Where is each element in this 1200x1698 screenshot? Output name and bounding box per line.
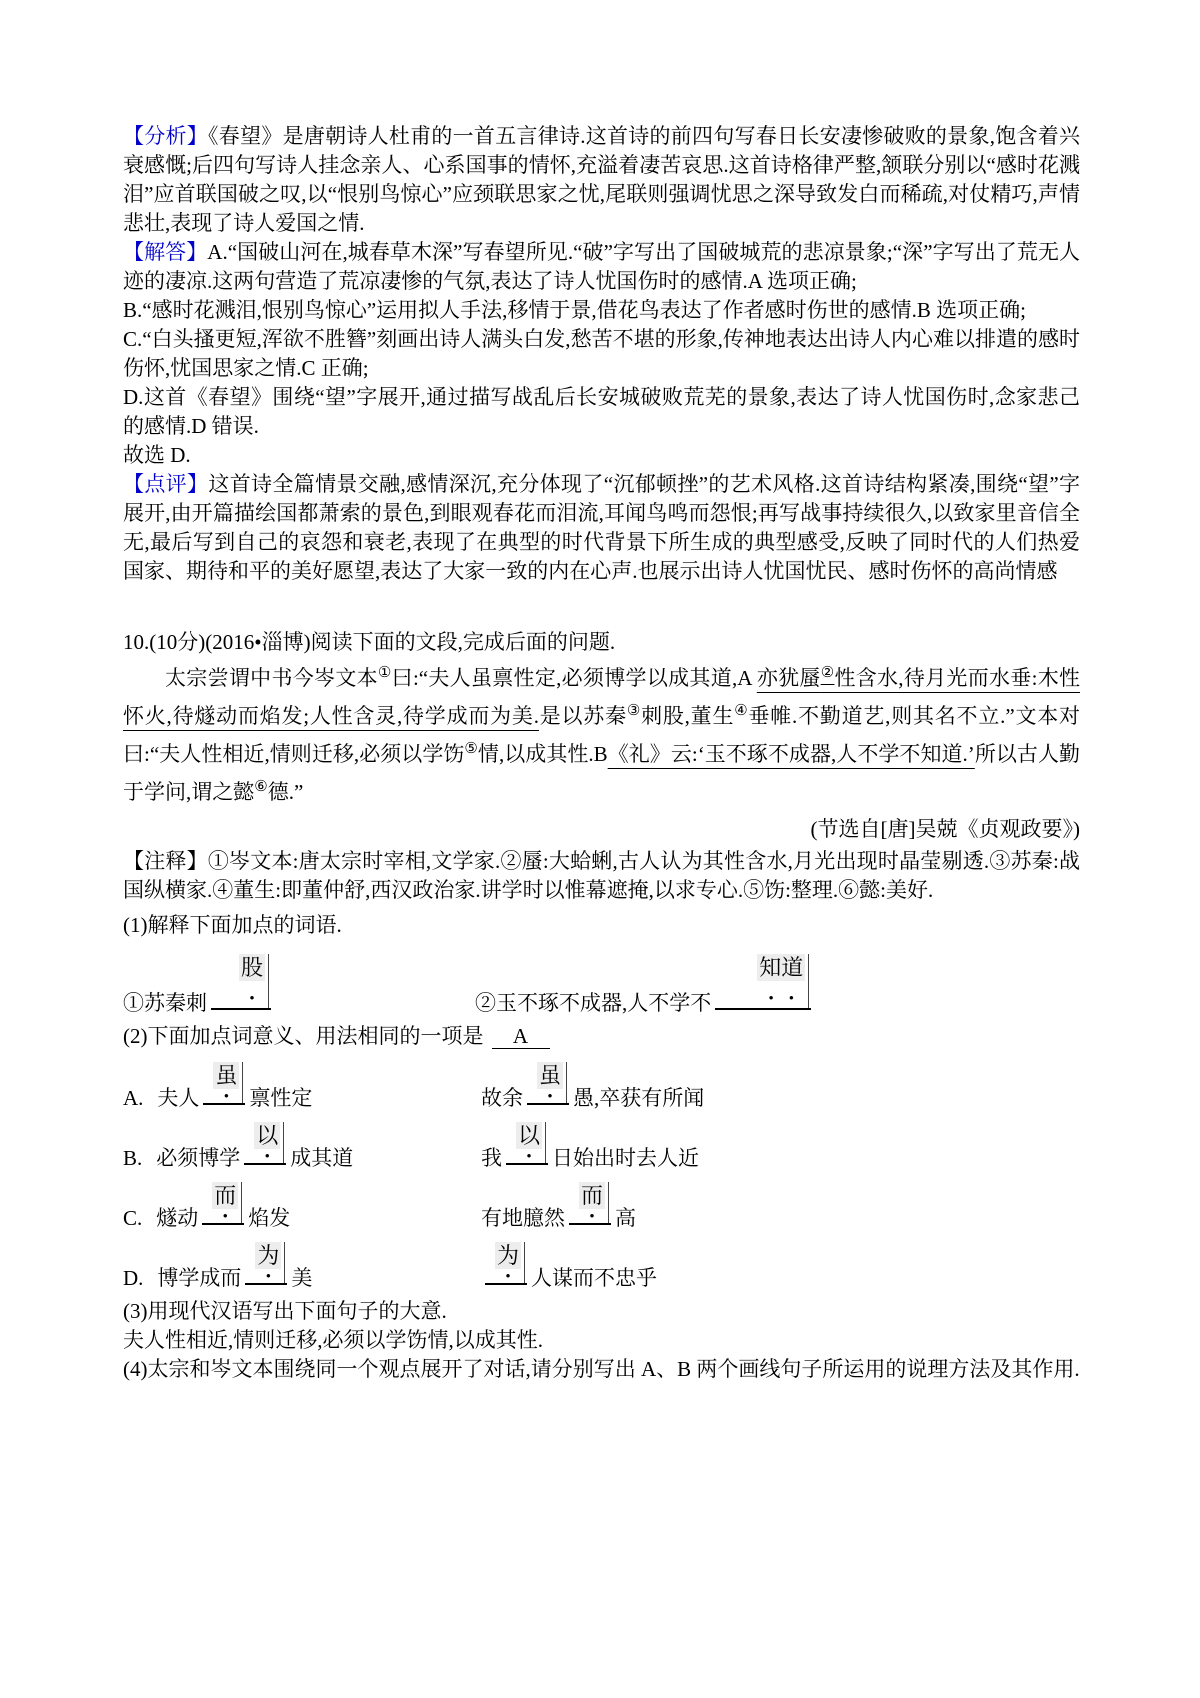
passage-seg8: 德.” xyxy=(268,780,304,804)
answer-paragraph-b: B.“感时花溅泪,恨别鸟惊心”运用拟人手法,移情于景,借花鸟表达了作者感时伤世的… xyxy=(123,296,1080,325)
answer-paragraph-a: 【解答】A.“国破山河在,城春草木深”写春望所见.“破”字写出了国破城荒的悲凉景… xyxy=(123,238,1080,296)
q1-item2: ②玉不琢不成器,人不学不知道• • xyxy=(475,990,815,1016)
analysis-text: 《春望》是唐朝诗人杜甫的一首五言律诗.这首诗的前四句写春日长安凄惨破败的景象,饱… xyxy=(123,124,1080,235)
option-c-right-pre: 有地臆然 xyxy=(481,1206,565,1230)
passage-seg6: 情,以成其性.B xyxy=(478,742,608,766)
question10-header-text: 10.(10分)(2016•淄博)阅读下面的文段,完成后面的问题. xyxy=(123,630,615,654)
option-d-right: 为•人谋而不忠乎 xyxy=(481,1265,657,1291)
q3-sentence: 夫人性相近,情则迁移,必须以学饬情,以成其性. xyxy=(123,1326,1080,1355)
analysis-paragraph: 【分析】《春望》是唐朝诗人杜甫的一首五言律诗.这首诗的前四句写春日长安凄惨破败的… xyxy=(123,122,1080,238)
option-c-right: 有地臆然而•高 xyxy=(481,1205,636,1231)
option-c-label: C. xyxy=(123,1206,142,1230)
q1-items-row: ①苏秦刺股• ②玉不琢不成器,人不学不知道• • xyxy=(123,940,1080,1016)
q3-prompt-text: (3)用现代汉语写出下面句子的大意. xyxy=(123,1299,447,1323)
answer-text-d: D.这首《春望》围绕“望”字展开,通过描写战乱后长安城破败荒芜的景象,表达了诗人… xyxy=(123,385,1080,438)
comment-text: 这首诗全篇情景交融,感情深沉,充分体现了“沉郁顿挫”的艺术风格.这首诗结构紧凑,… xyxy=(123,472,1080,583)
option-d-label: D. xyxy=(123,1266,143,1290)
q1-item1-blank: 股• xyxy=(211,1007,271,1010)
dotted-word-blank: 而• xyxy=(202,1222,244,1225)
underline-a-seg1: 亦犹蜃 xyxy=(757,666,821,690)
q2-option-row-b: B.必须博学以•成其道 我以•日始出时去人近 xyxy=(123,1111,1080,1171)
q1-item2-text: ②玉不琢不成器,人不学不 xyxy=(475,991,711,1015)
q2-answer-blank: A xyxy=(492,1024,550,1049)
option-b-right-post: 日始出时去人近 xyxy=(552,1146,699,1170)
answer-text-b: B.“感时花溅泪,恨别鸟惊心”运用拟人手法,移情于景,借花鸟表达了作者感时伤世的… xyxy=(123,298,1026,322)
option-b-label: B. xyxy=(123,1146,142,1170)
raised-char-box: 虽• xyxy=(534,1062,567,1103)
notes-text: ①岑文本:唐太宗时宰相,文学家.②蜃:大蛤蜊,古人认为其性含水,月光出现时晶莹剔… xyxy=(123,849,1080,902)
answer-text-a: A.“国破山河在,城春草木深”写春望所见.“破”字写出了国破城荒的悲凉景象;“深… xyxy=(123,240,1080,293)
dotted-char: 知道 xyxy=(757,954,805,981)
emphasis-dot: • xyxy=(224,1091,229,1103)
conclusion-text: 故选 D. xyxy=(123,443,191,467)
notes-label: 【注释】 xyxy=(123,849,208,873)
dotted-char: 虽 xyxy=(213,1062,239,1089)
note-ref-2: ② xyxy=(821,665,835,681)
q2-option-row-c: C.燧动而•焰发 有地臆然而•高 xyxy=(123,1171,1080,1231)
emphasis-dot: • xyxy=(526,1151,531,1163)
comment-paragraph: 【点评】这首诗全篇情景交融,感情深沉,充分体现了“沉郁顿挫”的艺术风格.这首诗结… xyxy=(123,470,1080,586)
raised-char-box: 股• xyxy=(236,954,269,1008)
q2-option-row-d: D.博学成而为•美 为•人谋而不忠乎 xyxy=(123,1231,1080,1291)
note-ref-1: ① xyxy=(378,665,392,681)
option-c-right-post: 高 xyxy=(615,1206,636,1230)
comment-label: 【点评】 xyxy=(123,472,208,496)
q1-item2-blank: 知道• • xyxy=(715,1007,811,1010)
dotted-word-blank: 而• xyxy=(569,1222,611,1225)
option-c-left: C.燧动而•焰发 xyxy=(123,1205,481,1231)
q1-prompt-text: (1)解释下面加点的词语. xyxy=(123,913,342,937)
dotted-char: 股 xyxy=(239,954,265,981)
dotted-word-blank: 虽• xyxy=(203,1102,245,1105)
answer-text-c: C.“白头搔更短,浑欲不胜簪”刻画出诗人满头白发,愁苦不堪的形象,传神地表达出诗… xyxy=(123,327,1080,380)
raised-char-box: 以• xyxy=(513,1122,546,1163)
q1-prompt: (1)解释下面加点的词语. xyxy=(123,911,1080,940)
raised-char-box: 为• xyxy=(252,1242,285,1283)
option-a-right-pre: 故余 xyxy=(481,1086,523,1110)
q1-item1-text: ①苏秦刺 xyxy=(123,991,207,1015)
option-d-left: D.博学成而为•美 xyxy=(123,1265,481,1291)
option-a-label: A. xyxy=(123,1086,143,1110)
option-d-left-post: 美 xyxy=(291,1266,312,1290)
option-a-left: A.夫人虽•禀性定 xyxy=(123,1085,481,1111)
passage-seg4: 刺股,董生 xyxy=(641,704,734,728)
dotted-char: 以 xyxy=(516,1122,542,1149)
q3-prompt: (3)用现代汉语写出下面句子的大意. xyxy=(123,1297,1080,1326)
q2-prompt: (2)下面加点词意义、用法相同的一项是A xyxy=(123,1022,1080,1051)
dotted-word-blank: 为• xyxy=(245,1282,287,1285)
emphasis-dot: • xyxy=(505,1271,510,1283)
option-a-right: 故余虽•愚,卒获有所闻 xyxy=(481,1085,704,1111)
note-ref-5: ⑤ xyxy=(464,741,478,757)
passage-seg3: 是以苏秦 xyxy=(539,704,627,728)
answer-label: 【解答】 xyxy=(123,240,207,264)
passage-seg1: 太宗尝谓中书今岑文本 xyxy=(165,666,378,690)
raised-char-box: 以• xyxy=(251,1122,284,1163)
document-page: 【分析】《春望》是唐朝诗人杜甫的一首五言律诗.这首诗的前四句写春日长安凄惨破败的… xyxy=(0,0,1200,1698)
note-ref-6: ⑥ xyxy=(254,779,267,795)
q2-prompt-text: (2)下面加点词意义、用法相同的一项是 xyxy=(123,1024,484,1048)
answer-conclusion: 故选 D. xyxy=(123,441,1080,470)
option-d-right-post: 人谋而不忠乎 xyxy=(531,1266,657,1290)
dotted-word-blank: 以• xyxy=(244,1162,286,1165)
option-a-left-post: 禀性定 xyxy=(249,1086,312,1110)
dotted-word-blank: 虽• xyxy=(527,1102,569,1105)
q2-answer: A xyxy=(513,1024,528,1048)
dotted-char: 为 xyxy=(255,1242,281,1269)
dotted-char: 为 xyxy=(495,1242,521,1269)
emphasis-dot: • • xyxy=(768,993,794,1005)
passage-source: (节选自[唐]吴兢《贞观政要》) xyxy=(123,811,1080,847)
dotted-word-blank: 以• xyxy=(506,1162,548,1165)
option-b-left: B.必须博学以•成其道 xyxy=(123,1145,481,1171)
note-ref-4: ④ xyxy=(734,703,748,719)
option-a-right-post: 愚,卒获有所闻 xyxy=(573,1086,704,1110)
notes-paragraph: 【注释】①岑文本:唐太宗时宰相,文学家.②蜃:大蛤蜊,古人认为其性含水,月光出现… xyxy=(123,847,1080,905)
raised-char-box: 知道• • xyxy=(754,954,809,1008)
analysis-label: 【分析】 xyxy=(123,124,208,148)
passage-seg2: 曰:“夫人虽禀性定,必须博学以成其道,A xyxy=(392,666,757,690)
emphasis-dot: • xyxy=(589,1211,594,1223)
option-b-left-post: 成其道 xyxy=(290,1146,353,1170)
dotted-char: 虽 xyxy=(537,1062,563,1089)
raised-char-box: 虽• xyxy=(210,1062,243,1103)
answer-paragraph-d: D.这首《春望》围绕“望”字展开,通过描写战乱后长安城破败荒芜的景象,表达了诗人… xyxy=(123,383,1080,441)
underlined-sentence-b: 《礼》云:‘玉不琢不成器,人不学不知道.’ xyxy=(608,742,975,766)
note-ref-3: ③ xyxy=(627,703,641,719)
q2-option-row-a: A.夫人虽•禀性定 故余虽•愚,卒获有所闻 xyxy=(123,1051,1080,1111)
dotted-char: 而 xyxy=(579,1182,605,1209)
emphasis-dot: • xyxy=(249,993,254,1005)
emphasis-dot: • xyxy=(223,1211,228,1223)
option-c-left-pre: 燧动 xyxy=(156,1206,198,1230)
option-b-right: 我以•日始出时去人近 xyxy=(481,1145,699,1171)
q1-item1: ①苏秦刺股• xyxy=(123,990,475,1016)
emphasis-dot: • xyxy=(265,1151,270,1163)
option-a-left-pre: 夫人 xyxy=(157,1086,199,1110)
q4-prompt: (4)太宗和岑文本围绕同一个观点展开了对话,请分别写出 A、B 两个画线句子所运… xyxy=(123,1355,1080,1384)
raised-char-box: 而• xyxy=(209,1182,242,1223)
emphasis-dot: • xyxy=(547,1091,552,1103)
dotted-word-blank: 为• xyxy=(485,1282,527,1285)
option-d-left-pre: 博学成而 xyxy=(157,1266,241,1290)
classical-passage: 太宗尝谓中书今岑文本①曰:“夫人虽禀性定,必须博学以成其道,A 亦犹蜃②性含水,… xyxy=(123,659,1080,811)
dotted-char: 以 xyxy=(254,1122,280,1149)
answer-paragraph-c: C.“白头搔更短,浑欲不胜簪”刻画出诗人满头白发,愁苦不堪的形象,传神地表达出诗… xyxy=(123,325,1080,383)
question10-header: 10.(10分)(2016•淄博)阅读下面的文段,完成后面的问题. xyxy=(123,628,1080,657)
q3-sentence-text: 夫人性相近,情则迁移,必须以学饬情,以成其性. xyxy=(123,1328,543,1352)
option-b-right-pre: 我 xyxy=(481,1146,502,1170)
underline-b-seg: 《礼》云:‘玉不琢不成器,人不学不知道.’ xyxy=(608,742,975,766)
option-b-left-pre: 必须博学 xyxy=(156,1146,240,1170)
q4-prompt-text: (4)太宗和岑文本围绕同一个观点展开了对话,请分别写出 A、B 两个画线句子所运… xyxy=(123,1357,1080,1381)
raised-char-box: 而• xyxy=(576,1182,609,1223)
dotted-char: 而 xyxy=(212,1182,238,1209)
emphasis-dot: • xyxy=(266,1271,271,1283)
raised-char-box: 为• xyxy=(492,1242,525,1283)
option-c-left-post: 焰发 xyxy=(248,1206,290,1230)
passage-source-text: (节选自[唐]吴兢《贞观政要》) xyxy=(811,817,1080,841)
